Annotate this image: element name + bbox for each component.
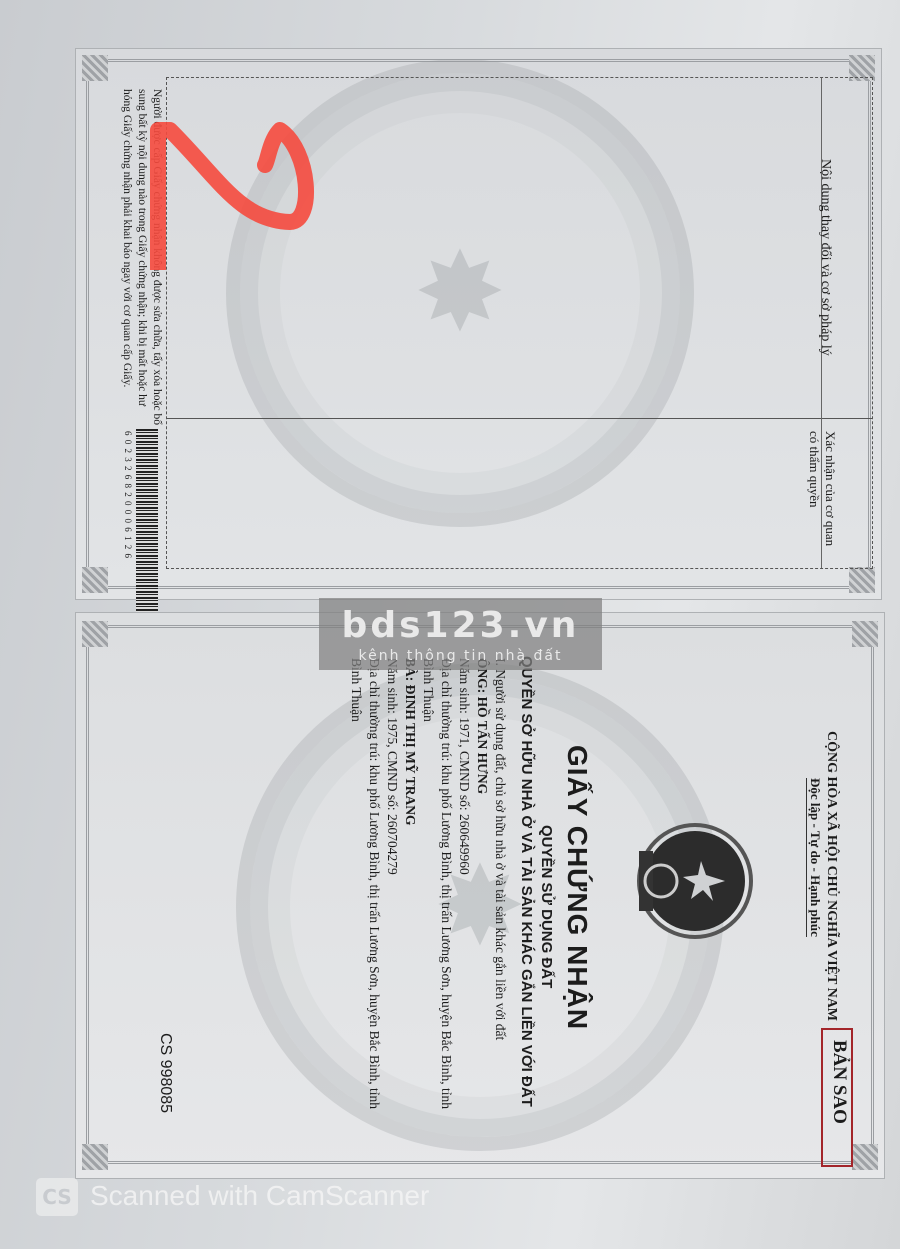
table-divider (167, 418, 872, 419)
corner-ornament-icon (82, 567, 108, 593)
owner-2-province: Bình Thuận (347, 658, 365, 1109)
serial-number: CS 998085 (156, 1033, 174, 1113)
copy-stamp-text: BẢN SAO (828, 1040, 850, 1124)
owner-info-block: I. Người sử dụng đất, chủ sở hữu nhà ở v… (347, 658, 509, 1109)
certificate-title: GIẤY CHỨNG NHẬN (561, 745, 593, 1030)
watermark-subtitle: kênh thông tin nhà đất (319, 648, 602, 664)
copy-stamp: BẢN SAO (821, 1028, 853, 1167)
country-name: CỘNG HÒA XÃ HỘI CHỦ NGHĨA VIỆT NAM (823, 731, 839, 1021)
certificate-subtitle-1: QUYỀN SỬ DỤNG ĐẤT (538, 825, 555, 988)
corner-ornament-icon (852, 1144, 878, 1170)
corner-ornament-icon (82, 55, 108, 81)
owner-2-address: Địa chỉ thường trú: khu phố Lương Bình, … (365, 658, 383, 1109)
site-watermark: bds123.vn kênh thông tin nhà đất (319, 598, 602, 670)
corner-ornament-icon (82, 621, 108, 647)
handwritten-number-2 (150, 110, 320, 270)
motto: Độc lập - Tự do - Hạnh phúc (806, 778, 823, 937)
barcode-number: 6 0 2 3 2 6 8 2 0 0 0 6 1 2 6 (123, 431, 133, 559)
owner-1-address: Địa chỉ thường trú: khu phố Lương Bình, … (437, 658, 455, 1109)
corner-ornament-icon (852, 621, 878, 647)
certificate-front-page: ✸ BẢN SAO CỘNG HÒA XÃ HỘI CHỦ NGHĨA VIỆT… (75, 612, 885, 1179)
certificate-subtitle-2: QUYỀN SỞ HỮU NHÀ Ở VÀ TÀI SẢN KHÁC GẮN L… (518, 656, 535, 1107)
barcode (136, 429, 158, 619)
national-emblem-icon (633, 813, 753, 948)
section-heading: I. Người sử dụng đất, chủ sở hữu nhà ở v… (491, 658, 509, 1109)
camscanner-logo-icon: CS (36, 1178, 78, 1216)
watermark-title: bds123.vn (319, 604, 602, 648)
owner-1-birth-id: Năm sinh: 1971, CMND số: 260649960 (455, 658, 473, 1109)
corner-ornament-icon (849, 567, 875, 593)
owner-2-name: BÀ: ĐINH THỊ MỸ TRANG (401, 658, 419, 1109)
column-header-changes: Nội dung thay đổi và cơ sở pháp lý (817, 159, 833, 356)
owner-2-birth-id: Năm sinh: 1975, CMND số: 260704279 (383, 658, 401, 1109)
notice-line: sung bất kỳ nội dung nào trong Giấy chứn… (134, 89, 149, 425)
corner-ornament-icon (82, 1144, 108, 1170)
owner-1-province: Bình Thuận (419, 658, 437, 1109)
column-header-confirm: Xác nhận của cơ quan có thẩm quyền (806, 431, 838, 561)
camscanner-label: Scanned with CamScanner (90, 1180, 429, 1212)
owner-1-name: ÔNG: HỒ TẤN HƯNG (473, 658, 491, 1109)
notice-line: hỏng Giấy chứng nhận phải khai báo ngay … (119, 89, 134, 425)
